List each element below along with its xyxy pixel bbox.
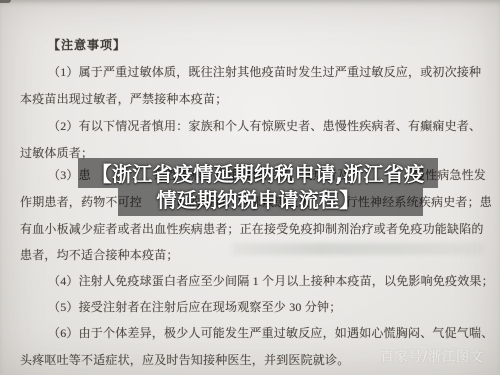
doc-line-2: 本疫苗出现过敏者，严禁接种本疫苗；: [20, 90, 227, 107]
doc-line-12: 头疼呕吐等不适症状，应及时告知接种医生，并到医院就诊。: [20, 351, 349, 368]
doc-line-1: （1）属于严重过敏体质，既往注射其他疫苗时发生过严重过敏反应，或初次接种: [48, 63, 481, 80]
doc-line-11: （6）由于个体差异，极少人可能发生严重过敏反应，如遇如心慌胸闷、气促气喘、: [48, 324, 493, 341]
document-photo: 【注意事项】 （1）属于严重过敏体质，既往注射其他疫苗时发生过严重过敏反应，或初…: [0, 0, 500, 375]
seo-overlay-banner: 【浙江省疫情延期纳税申请,浙江省疫 情延期纳税申请流程】: [78, 158, 438, 216]
overlay-banner-line-1: 【浙江省疫情延期纳税申请,浙江省疫: [92, 161, 425, 187]
doc-line-8: 患者，均不适合接种本疫苗；: [20, 246, 179, 263]
doc-line-3: （2）有以下情况者慎用：家族和个人有惊厥史者、患慢性疾病者、有癫痫史者、: [48, 117, 481, 134]
baijiahao-watermark: 百家号/浙江图文: [381, 346, 484, 365]
doc-heading: 【注意事项】: [48, 36, 126, 53]
doc-line-9: （4）注射人免疫球蛋白者应至少间隔 1 个月以上接种本疫苗，以免影响免疫效果；: [48, 272, 494, 289]
overlay-banner-line-2: 情延期纳税申请流程】: [157, 187, 360, 213]
doc-line-7: 有血小板减少症者或者出血性疾病患者；正在接受免疫抑制剂治疗或者免疫功能缺陷的: [20, 220, 484, 237]
doc-line-10: （5）接受注射者在注射后应在现场观察至少 30 分钟；: [48, 298, 341, 315]
paper-showthrough-smudge: [232, 243, 484, 255]
photo-corner-artifact: [0, 0, 11, 3]
